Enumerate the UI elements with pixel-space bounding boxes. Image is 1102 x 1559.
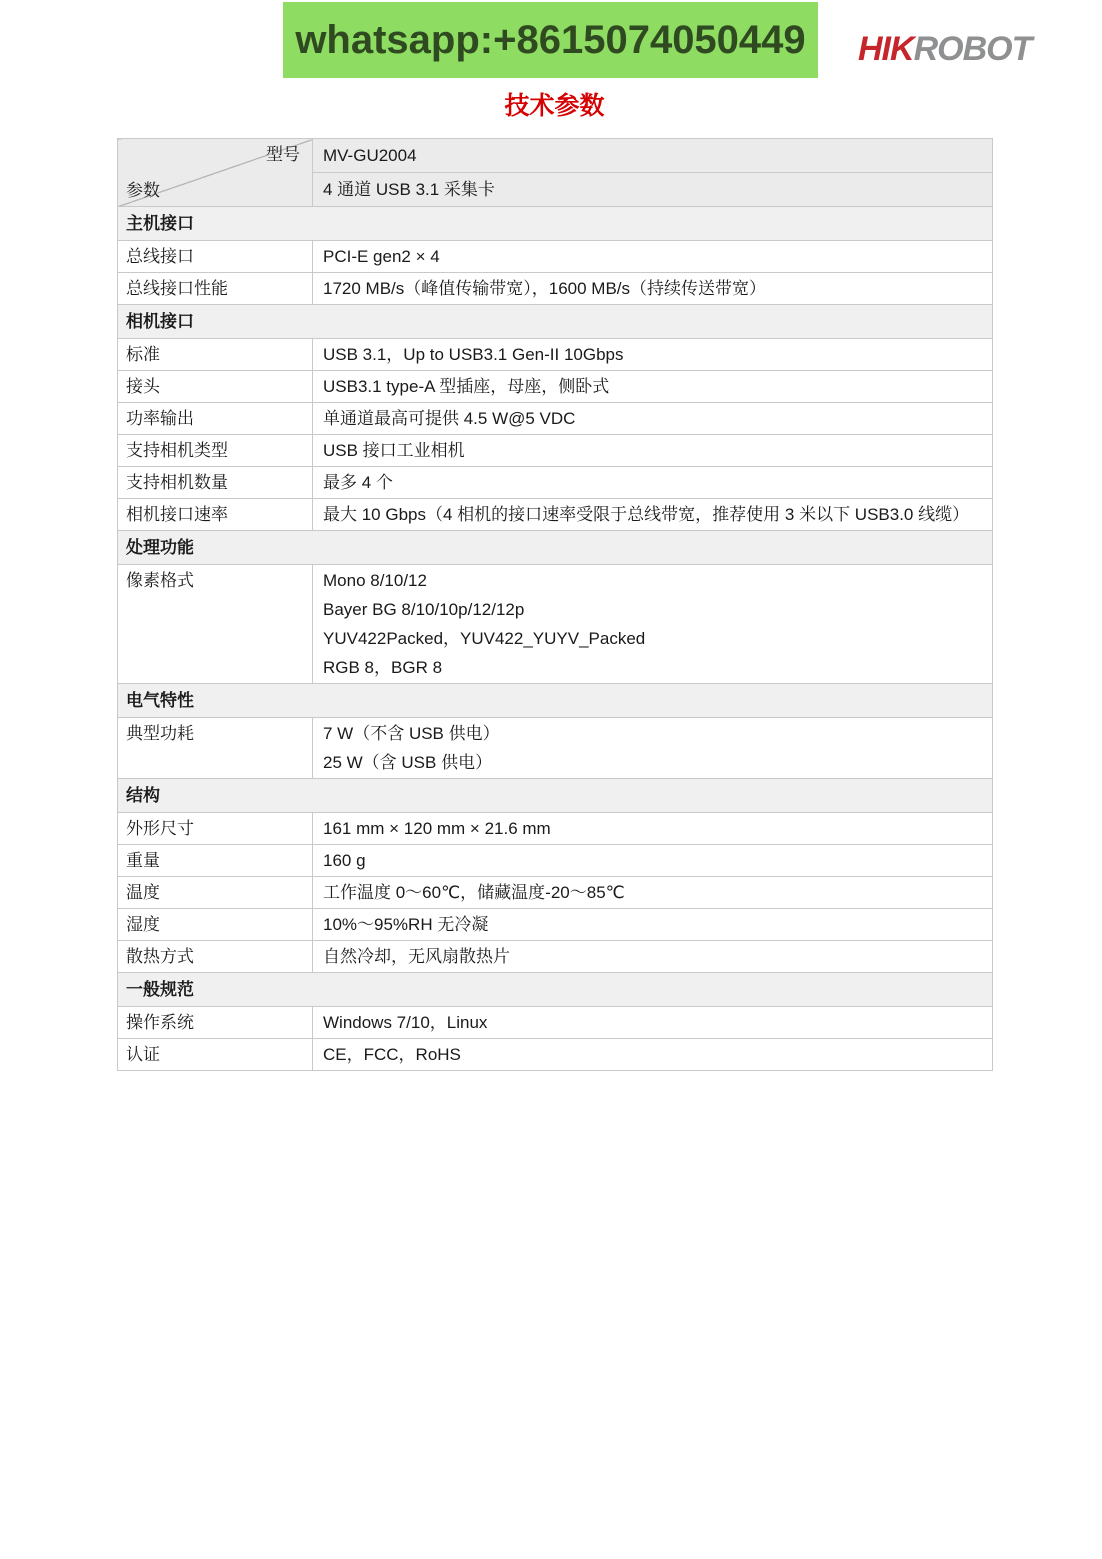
spec-value: USB 3.1，Up to USB3.1 Gen-II 10Gbps <box>313 339 993 371</box>
value-line: 161 mm × 120 mm × 21.6 mm <box>323 814 982 843</box>
spec-label: 像素格式 <box>118 565 313 684</box>
spec-row: 温度工作温度 0～60℃，储藏温度-20～85℃ <box>118 877 993 909</box>
section-title: 处理功能 <box>118 531 993 565</box>
spec-value: USB3.1 type-A 型插座，母座，侧卧式 <box>313 371 993 403</box>
spec-label: 重量 <box>118 845 313 877</box>
spec-label: 散热方式 <box>118 941 313 973</box>
section-title: 一般规范 <box>118 973 993 1007</box>
value-line: 自然冷却，无风扇散热片 <box>323 942 982 971</box>
spec-row: 认证CE，FCC，RoHS <box>118 1039 993 1071</box>
spec-label: 温度 <box>118 877 313 909</box>
page-title: 技术参数 <box>117 86 992 122</box>
whatsapp-banner: whatsapp:+8615074050449 <box>283 2 818 78</box>
section-row: 处理功能 <box>118 531 993 565</box>
spec-row: 功率输出单通道最高可提供 4.5 W@5 VDC <box>118 403 993 435</box>
spec-row: 总线接口PCI-E gen2 × 4 <box>118 241 993 273</box>
spec-value: 7 W（不含 USB 供电）25 W（含 USB 供电） <box>313 718 993 779</box>
spec-value: 161 mm × 120 mm × 21.6 mm <box>313 813 993 845</box>
spec-row: 湿度10%～95%RH 无冷凝 <box>118 909 993 941</box>
value-line: 1720 MB/s（峰值传输带宽），1600 MB/s（持续传送带宽） <box>323 274 982 303</box>
value-line: CE，FCC，RoHS <box>323 1040 982 1069</box>
value-line: 25 W（含 USB 供电） <box>323 748 982 777</box>
whatsapp-text: whatsapp:+8615074050449 <box>295 18 805 63</box>
spec-value: 工作温度 0～60℃，储藏温度-20～85℃ <box>313 877 993 909</box>
spec-label: 典型功耗 <box>118 718 313 779</box>
section-title: 相机接口 <box>118 305 993 339</box>
model-cell: MV-GU2004 <box>313 139 993 173</box>
value-line: Bayer BG 8/10/10p/12/12p <box>323 595 982 624</box>
value-line: YUV422Packed，YUV422_YUYV_Packed <box>323 624 982 653</box>
spec-label: 湿度 <box>118 909 313 941</box>
value-line: 最大 10 Gbps（4 相机的接口速率受限于总线带宽，推荐使用 3 米以下 U… <box>323 500 982 529</box>
spec-label: 支持相机数量 <box>118 467 313 499</box>
spec-label: 相机接口速率 <box>118 499 313 531</box>
spec-value: 160 g <box>313 845 993 877</box>
spec-label: 外形尺寸 <box>118 813 313 845</box>
value-line: RGB 8，BGR 8 <box>323 653 982 682</box>
spec-value: 1720 MB/s（峰值传输带宽），1600 MB/s（持续传送带宽） <box>313 273 993 305</box>
section-row: 结构 <box>118 779 993 813</box>
value-line: 最多 4 个 <box>323 468 982 497</box>
spec-label: 标准 <box>118 339 313 371</box>
value-line: 160 g <box>323 846 982 875</box>
spec-label: 支持相机类型 <box>118 435 313 467</box>
spec-value: 最多 4 个 <box>313 467 993 499</box>
section-title: 主机接口 <box>118 207 993 241</box>
spec-row: 外形尺寸161 mm × 120 mm × 21.6 mm <box>118 813 993 845</box>
spec-value: PCI-E gen2 × 4 <box>313 241 993 273</box>
spec-label: 总线接口 <box>118 241 313 273</box>
section-title: 结构 <box>118 779 993 813</box>
value-line: 10%～95%RH 无冷凝 <box>323 910 982 939</box>
spec-value: 单通道最高可提供 4.5 W@5 VDC <box>313 403 993 435</box>
spec-label: 功率输出 <box>118 403 313 435</box>
value-line: 7 W（不含 USB 供电） <box>323 719 982 748</box>
section-row: 主机接口 <box>118 207 993 241</box>
spec-row: 像素格式Mono 8/10/12Bayer BG 8/10/10p/12/12p… <box>118 565 993 684</box>
value-line: 单通道最高可提供 4.5 W@5 VDC <box>323 404 982 433</box>
logo-hik: HIK <box>858 30 914 68</box>
spec-value: 10%～95%RH 无冷凝 <box>313 909 993 941</box>
section-title: 电气特性 <box>118 684 993 718</box>
spec-row: 接头USB3.1 type-A 型插座，母座，侧卧式 <box>118 371 993 403</box>
value-line: USB 3.1，Up to USB3.1 Gen-II 10Gbps <box>323 340 982 369</box>
header-corner-top-label: 型号 <box>266 141 300 168</box>
value-line: PCI-E gen2 × 4 <box>323 242 982 271</box>
table-header-row-1: 型号 参数 MV-GU2004 <box>118 139 993 173</box>
spec-value: Mono 8/10/12Bayer BG 8/10/10p/12/12pYUV4… <box>313 565 993 684</box>
spec-table: 型号 参数 MV-GU2004 4 通道 USB 3.1 采集卡 主机接口总线接… <box>117 138 993 1071</box>
spec-row: 重量160 g <box>118 845 993 877</box>
spec-value: USB 接口工业相机 <box>313 435 993 467</box>
spec-value: CE，FCC，RoHS <box>313 1039 993 1071</box>
spec-row: 支持相机类型USB 接口工业相机 <box>118 435 993 467</box>
spec-row: 相机接口速率最大 10 Gbps（4 相机的接口速率受限于总线带宽，推荐使用 3… <box>118 499 993 531</box>
value-line: 工作温度 0～60℃，储藏温度-20～85℃ <box>323 878 982 907</box>
spec-row: 支持相机数量最多 4 个 <box>118 467 993 499</box>
spec-label: 接头 <box>118 371 313 403</box>
value-line: USB 接口工业相机 <box>323 436 982 465</box>
spec-label: 操作系统 <box>118 1007 313 1039</box>
spec-row: 标准USB 3.1，Up to USB3.1 Gen-II 10Gbps <box>118 339 993 371</box>
header-corner-bottom-label: 参数 <box>126 177 160 204</box>
header-corner-cell: 型号 参数 <box>118 139 313 207</box>
spec-value: Windows 7/10，Linux <box>313 1007 993 1039</box>
page: whatsapp:+8615074050449 HIKROBOT 技术参数 型号… <box>0 0 1102 1559</box>
spec-label: 总线接口性能 <box>118 273 313 305</box>
spec-value: 最大 10 Gbps（4 相机的接口速率受限于总线带宽，推荐使用 3 米以下 U… <box>313 499 993 531</box>
spec-row: 总线接口性能1720 MB/s（峰值传输带宽），1600 MB/s（持续传送带宽… <box>118 273 993 305</box>
model-description-cell: 4 通道 USB 3.1 采集卡 <box>313 173 993 207</box>
spec-row: 操作系统Windows 7/10，Linux <box>118 1007 993 1039</box>
value-line: Windows 7/10，Linux <box>323 1008 982 1037</box>
spec-row: 典型功耗7 W（不含 USB 供电）25 W（含 USB 供电） <box>118 718 993 779</box>
logo-robot: ROBOT <box>914 30 1032 68</box>
section-row: 一般规范 <box>118 973 993 1007</box>
spec-label: 认证 <box>118 1039 313 1071</box>
spec-value: 自然冷却，无风扇散热片 <box>313 941 993 973</box>
spec-row: 散热方式自然冷却，无风扇散热片 <box>118 941 993 973</box>
value-line: Mono 8/10/12 <box>323 566 982 595</box>
section-row: 电气特性 <box>118 684 993 718</box>
value-line: USB3.1 type-A 型插座，母座，侧卧式 <box>323 372 982 401</box>
hikrobot-logo: HIKROBOT <box>858 30 1068 74</box>
section-row: 相机接口 <box>118 305 993 339</box>
